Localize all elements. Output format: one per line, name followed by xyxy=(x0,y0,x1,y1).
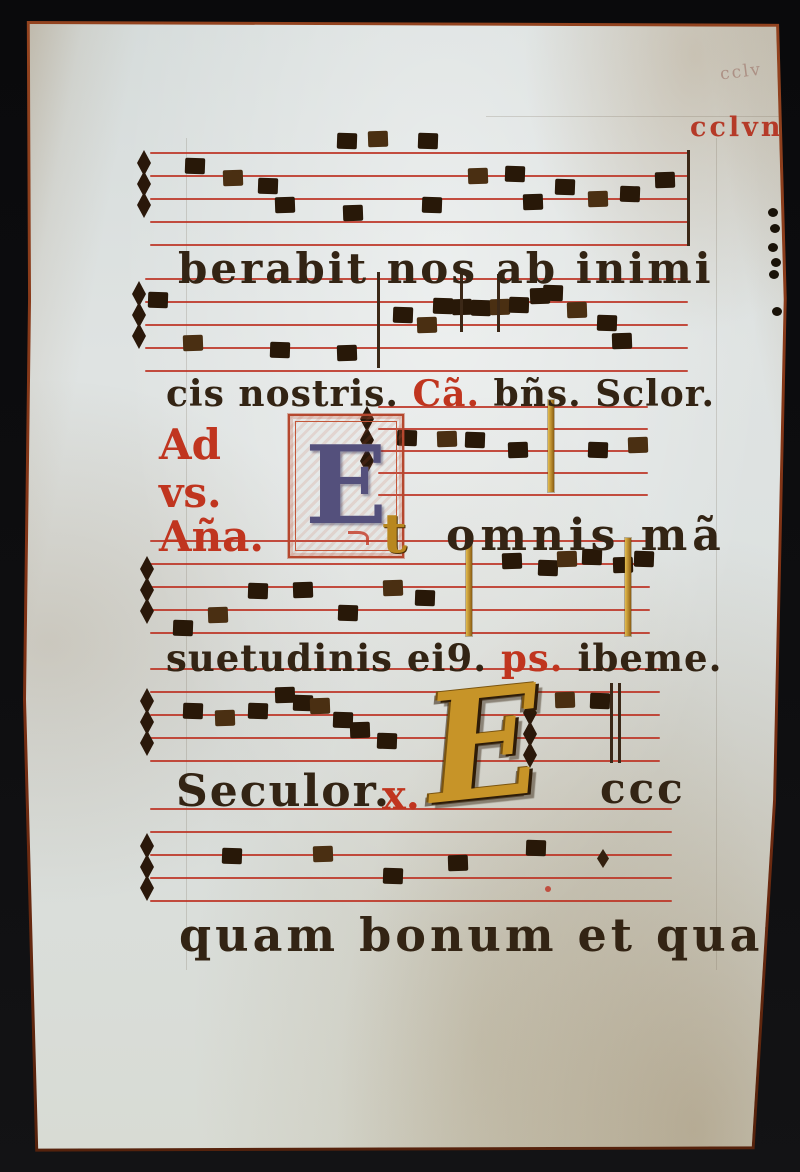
staff-line xyxy=(150,691,660,693)
chant-text-line-3: omnis mã xyxy=(446,514,726,558)
chant-text-line-5-rubric: x. xyxy=(382,776,420,816)
square-neume xyxy=(223,170,244,187)
chant-text: berabit nos ab inimi xyxy=(178,244,714,293)
staff-line xyxy=(378,494,648,496)
square-neume xyxy=(471,300,492,317)
square-neume xyxy=(338,605,359,622)
staff-line xyxy=(145,301,688,303)
square-neume xyxy=(383,868,404,885)
clef-lozenge xyxy=(140,598,154,624)
square-neume xyxy=(173,620,194,637)
square-neume xyxy=(628,437,649,454)
square-neume xyxy=(258,178,279,195)
margin-rubric-ad: Ad xyxy=(159,424,221,466)
square-neume xyxy=(208,607,229,624)
square-neume xyxy=(183,703,204,720)
square-neume xyxy=(465,432,486,449)
square-neume xyxy=(275,197,296,214)
rubric-abbreviation: Cã. xyxy=(412,373,493,415)
edge-ink-blob xyxy=(771,258,781,267)
square-neume xyxy=(215,710,236,727)
staff-line xyxy=(150,737,660,739)
margin-rubric-ana: Aña. xyxy=(159,516,264,558)
square-neume xyxy=(448,855,469,872)
staff-line xyxy=(145,370,688,372)
margin-rubric-vs: vs. xyxy=(159,472,222,514)
folio-number: cclvn xyxy=(690,112,783,143)
square-neume xyxy=(597,315,618,332)
square-neume xyxy=(383,580,404,597)
staff-line xyxy=(378,472,648,474)
red-dot-mark xyxy=(545,886,551,892)
square-neume xyxy=(523,194,544,211)
square-neume xyxy=(270,342,291,359)
staff-line xyxy=(150,877,672,879)
edge-ink-blob xyxy=(768,208,778,217)
edge-ink-blob xyxy=(772,307,782,316)
chant-text-line-5-left: Seculor. xyxy=(176,770,391,814)
square-neume xyxy=(509,297,530,314)
square-neume xyxy=(248,703,269,720)
square-neume xyxy=(368,131,389,148)
square-neume xyxy=(468,168,489,185)
staff-line xyxy=(378,428,648,430)
square-neume xyxy=(612,333,633,350)
square-neume xyxy=(337,345,358,362)
square-neume xyxy=(590,693,611,710)
staff-line xyxy=(150,900,672,902)
chant-text: omnis mã xyxy=(446,510,726,561)
chant-text: Seculor. xyxy=(176,766,391,817)
chant-text-line-2: cis nostris. Cã. bñs. Sclor. xyxy=(166,376,715,412)
chant-text-line-1: berabit nos ab inimi xyxy=(178,248,714,290)
chant-text: quam bonum et quam xyxy=(179,908,800,962)
illuminated-initial-blue-E: E xyxy=(305,432,387,540)
edge-ink-blob xyxy=(768,243,778,252)
square-neume xyxy=(433,298,454,315)
square-neume xyxy=(588,442,609,459)
square-neume xyxy=(350,722,371,739)
chant-text-line-5-right: ccc xyxy=(600,768,686,810)
staff-line xyxy=(150,152,688,154)
staff-line xyxy=(145,347,688,349)
manuscript-leaf: cclvn cclv berabit nos ab inimi cis nost… xyxy=(26,20,786,1152)
custos-mark xyxy=(597,849,609,868)
staff-line xyxy=(150,831,672,833)
square-neume xyxy=(437,431,458,448)
gold-cadel-letter: E xyxy=(419,660,590,825)
faint-corner-inscription: cclv xyxy=(719,60,763,85)
square-neume xyxy=(313,846,334,863)
square-neume xyxy=(415,590,436,607)
square-neume xyxy=(508,442,529,459)
square-neume xyxy=(183,335,204,352)
photo-background: cclvn cclv berabit nos ab inimi cis nost… xyxy=(0,0,800,1172)
chant-text: ccc xyxy=(600,764,686,813)
square-neume xyxy=(148,292,169,309)
chant-text: cis nostris. xyxy=(166,373,412,415)
gold-cadel-initial-E: E xyxy=(426,668,582,834)
square-neume xyxy=(555,179,576,196)
square-neume xyxy=(588,191,609,208)
square-neume xyxy=(343,205,364,222)
clef-lozenge xyxy=(137,192,151,218)
edge-ink-blob xyxy=(770,224,780,233)
square-neume xyxy=(655,172,676,189)
square-neume xyxy=(490,299,511,316)
square-neume xyxy=(417,317,438,334)
rubric-abbreviation: x. xyxy=(382,772,420,819)
gold-versal-t: t xyxy=(382,506,407,560)
square-neume xyxy=(185,158,206,175)
square-neume xyxy=(310,698,331,715)
square-neume xyxy=(222,848,243,865)
square-neume xyxy=(248,583,269,600)
clef-lozenge xyxy=(140,730,154,756)
edge-ink-blob xyxy=(769,270,779,279)
square-neume xyxy=(526,840,547,857)
chant-text-line-6: quam bonum et quam xyxy=(179,912,800,958)
square-neume xyxy=(337,133,358,150)
chant-text: ibeme. xyxy=(577,636,722,680)
square-neume xyxy=(620,186,641,203)
square-neume xyxy=(393,307,414,324)
square-neume xyxy=(505,166,526,183)
square-neume xyxy=(418,133,439,150)
square-neume xyxy=(538,560,559,577)
square-neume xyxy=(377,733,398,750)
square-neume xyxy=(567,302,588,319)
staff-line xyxy=(150,632,650,634)
staff-line xyxy=(150,221,688,223)
clef-lozenge xyxy=(132,323,146,349)
divider-bar xyxy=(687,150,690,246)
chant-text: bñs. Sclor. xyxy=(494,373,715,415)
divider-bar xyxy=(610,683,621,763)
square-neume xyxy=(422,197,443,214)
square-neume xyxy=(293,582,314,599)
